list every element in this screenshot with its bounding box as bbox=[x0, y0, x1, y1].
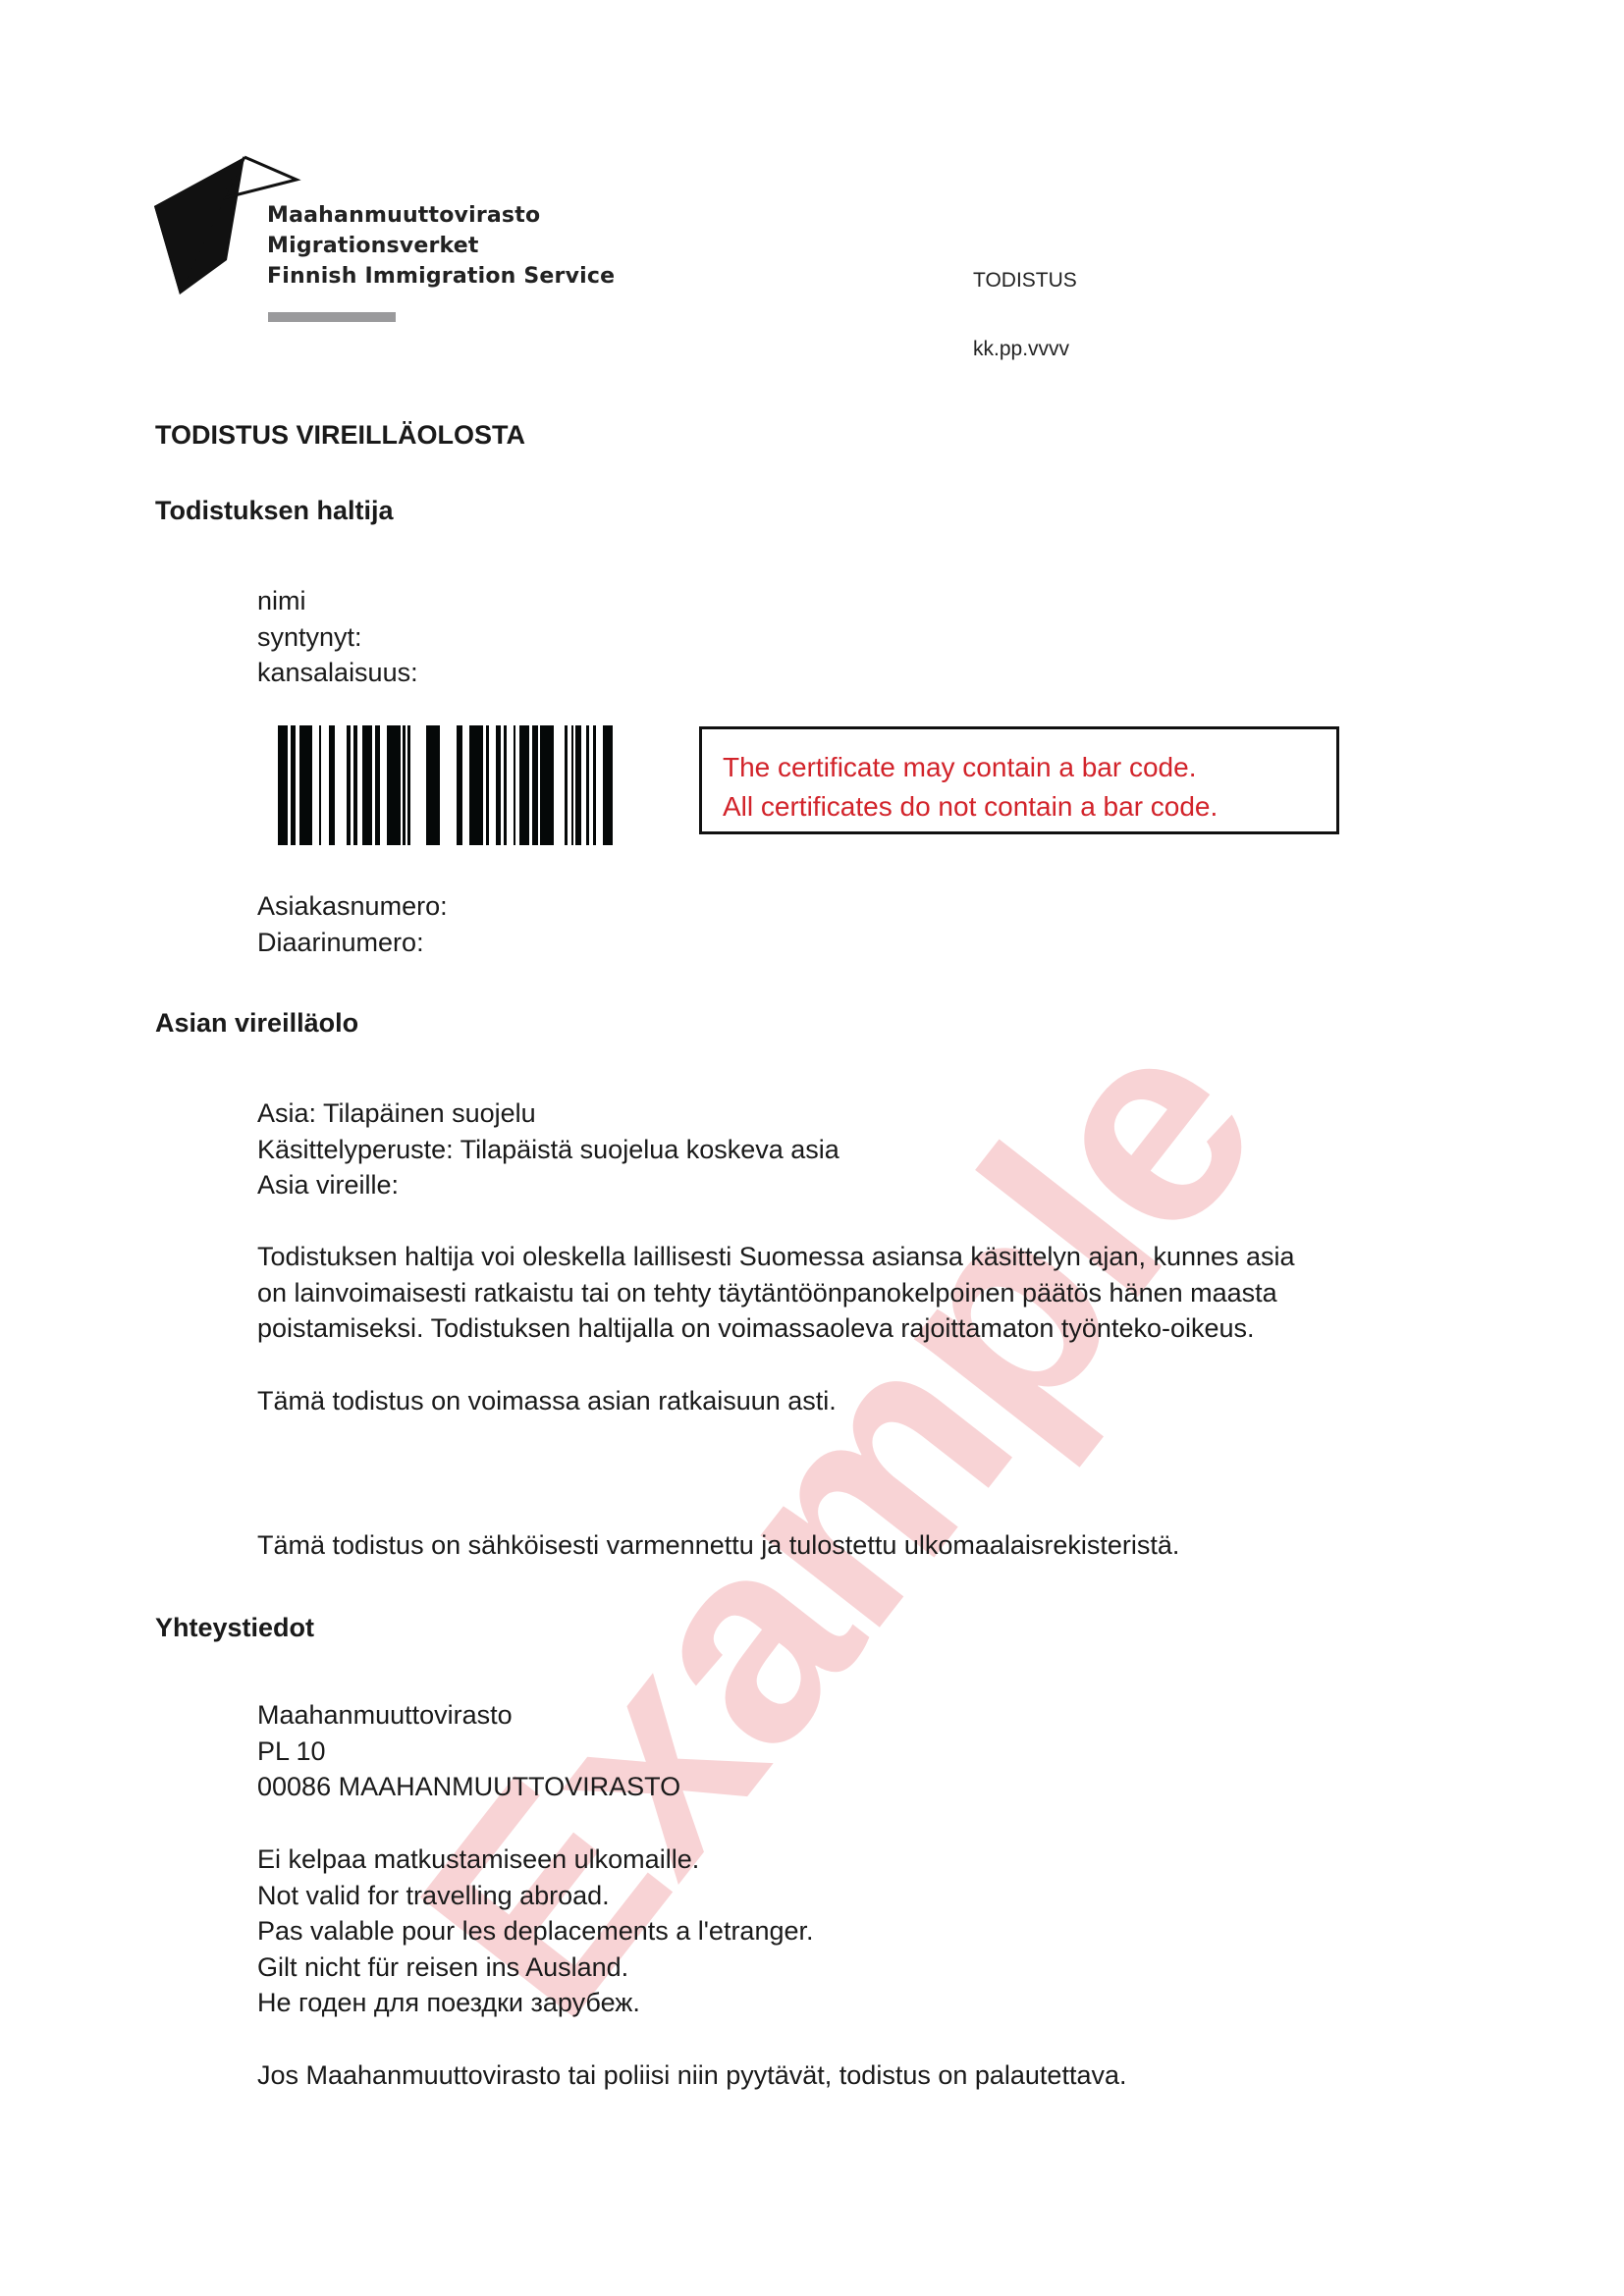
case-ids: Asiakasnumero: Diaarinumero: bbox=[257, 888, 448, 960]
barcode-icon bbox=[278, 725, 617, 845]
return-notice: Jos Maahanmuuttovirasto tai poliisi niin… bbox=[257, 2057, 1127, 2094]
org-name-sv: Migrationsverket bbox=[267, 231, 615, 261]
barcode-notice-line-1: The certificate may contain a bar code. bbox=[723, 748, 1336, 787]
org-name-fi: Maahanmuuttovirasto bbox=[267, 200, 615, 231]
holder-born: syntynyt: bbox=[257, 619, 418, 656]
customer-number: Asiakasnumero: bbox=[257, 888, 448, 925]
logo-underline bbox=[268, 312, 396, 322]
document-date: kk.pp.vvvv bbox=[973, 338, 1069, 361]
travel-notice: Ei kelpaa matkustamiseen ulkomaille. Not… bbox=[257, 1842, 814, 2021]
address-line: 00086 MAAHANMUUTTOVIRASTO bbox=[257, 1769, 680, 1805]
validity-statement: Tämä todistus on voimassa asian ratkaisu… bbox=[257, 1383, 837, 1419]
case-heading: Asian vireilläolo bbox=[155, 1008, 358, 1039]
case-paragraph-line: Todistuksen haltija voi oleskella lailli… bbox=[257, 1239, 1295, 1275]
barcode-notice-box: The certificate may contain a bar code. … bbox=[699, 726, 1339, 834]
org-name-en: Finnish Immigration Service bbox=[267, 261, 615, 292]
address-line: PL 10 bbox=[257, 1734, 680, 1770]
case-paragraph: Todistuksen haltija voi oleskella lailli… bbox=[257, 1239, 1295, 1347]
case-subject: Asia: Tilapäinen suojelu bbox=[257, 1095, 839, 1132]
holder-fields: nimi syntynyt: kansalaisuus: bbox=[257, 583, 418, 691]
travel-notice-ru: Не годен для поездки зарубеж. bbox=[257, 1985, 814, 2021]
contact-heading: Yhteystiedot bbox=[155, 1613, 314, 1643]
holder-heading: Todistuksen haltija bbox=[155, 496, 394, 526]
diary-number: Diaarinumero: bbox=[257, 925, 448, 961]
travel-notice-fr: Pas valable pour les deplacements a l'et… bbox=[257, 1913, 814, 1949]
case-paragraph-line: poistamiseksi. Todistuksen haltijalla on… bbox=[257, 1310, 1295, 1347]
document-type: TODISTUS bbox=[973, 269, 1077, 293]
organization-name: Maahanmuuttovirasto Migrationsverket Fin… bbox=[267, 200, 615, 292]
holder-citizenship: kansalaisuus: bbox=[257, 655, 418, 691]
barcode-notice-line-2: All certificates do not contain a bar co… bbox=[723, 787, 1336, 827]
document-title: TODISTUS VIREILLÄOLOSTA bbox=[155, 420, 525, 451]
holder-name: nimi bbox=[257, 583, 418, 619]
travel-notice-fi: Ei kelpaa matkustamiseen ulkomaille. bbox=[257, 1842, 814, 1878]
case-filed: Asia vireille: bbox=[257, 1167, 839, 1203]
case-basis: Käsittelyperuste: Tilapäistä suojelua ko… bbox=[257, 1132, 839, 1168]
address-line: Maahanmuuttovirasto bbox=[257, 1697, 680, 1734]
contact-address: Maahanmuuttovirasto PL 10 00086 MAAHANMU… bbox=[257, 1697, 680, 1805]
case-details: Asia: Tilapäinen suojelu Käsittelyperust… bbox=[257, 1095, 839, 1203]
verification-statement: Tämä todistus on sähköisesti varmennettu… bbox=[257, 1527, 1179, 1564]
travel-notice-en: Not valid for travelling abroad. bbox=[257, 1878, 814, 1914]
travel-notice-de: Gilt nicht für reisen ins Ausland. bbox=[257, 1949, 814, 1986]
case-paragraph-line: on lainvoimaisesti ratkaistu tai on teht… bbox=[257, 1275, 1295, 1311]
